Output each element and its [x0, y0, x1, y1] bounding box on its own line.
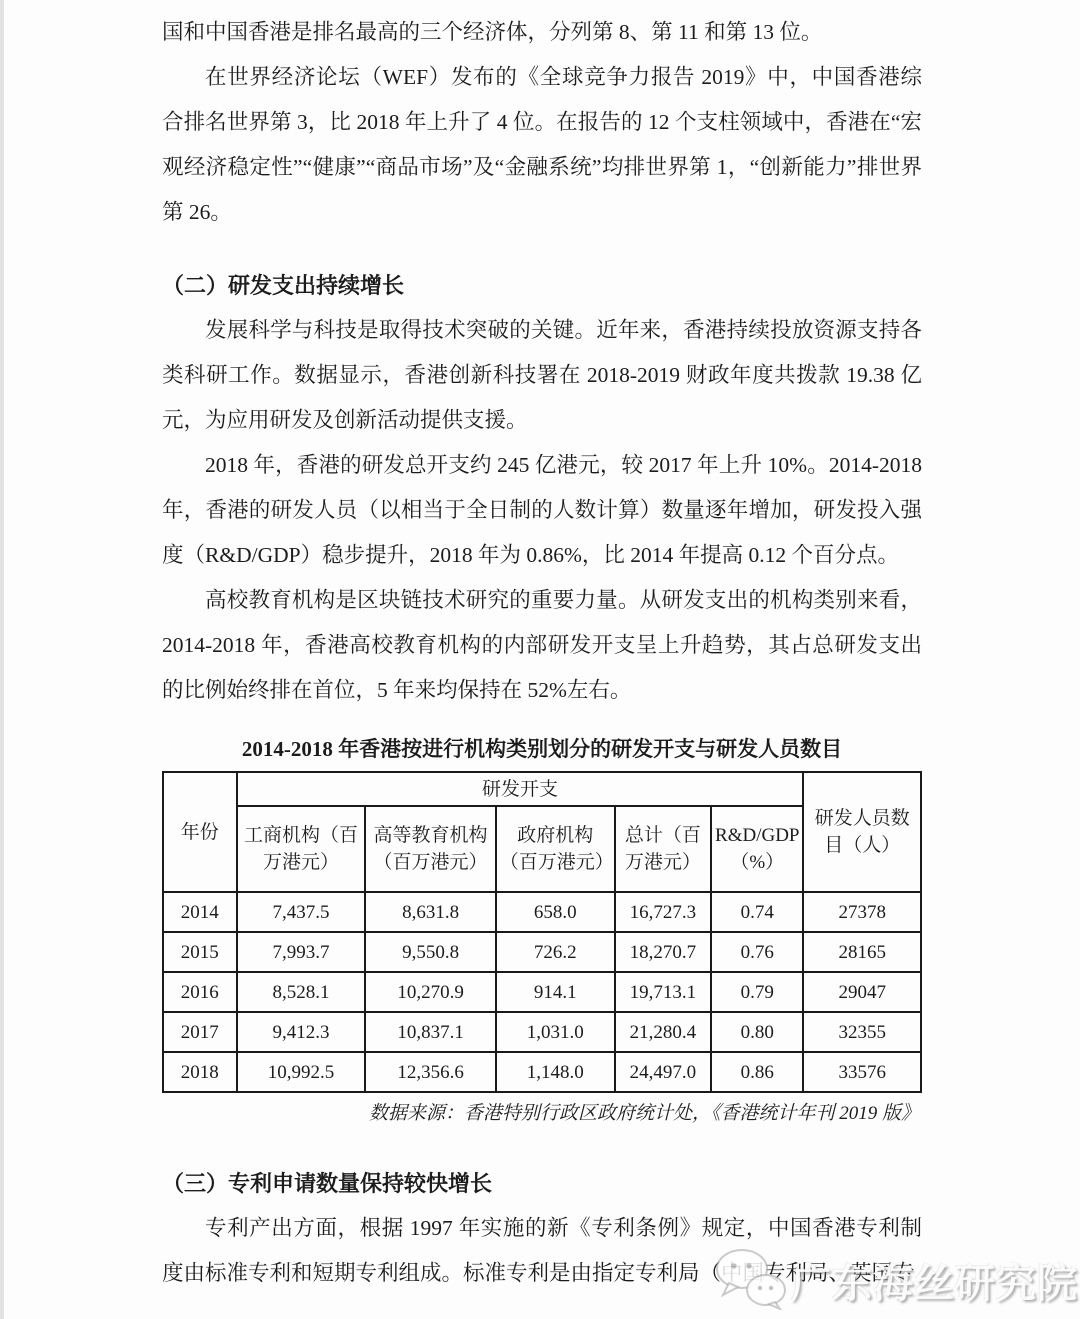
section-2-heading: （二）研发支出持续增长 [162, 263, 922, 308]
cell-personnel: 29047 [803, 972, 921, 1012]
cell-government: 914.1 [496, 972, 615, 1012]
cell-year: 2016 [163, 972, 237, 1012]
table-row: 2018 10,992.5 12,356.6 1,148.0 24,497.0 … [163, 1052, 921, 1092]
section-2-paragraph-2: 2018 年，香港的研发总开支约 245 亿港元，较 2017 年上升 10%。… [162, 443, 922, 578]
paragraph-wef: 在世界经济论坛（WEF）发布的《全球竞争力报告 2019》中，中国香港综合排名世… [162, 55, 922, 235]
cell-personnel: 27378 [803, 892, 921, 932]
cell-rd-gdp: 0.79 [711, 972, 803, 1012]
section-3-paragraph-1: 专利产出方面，根据 1997 年实施的新《专利条例》规定，中国香港专利制度由标准… [162, 1206, 922, 1296]
cell-personnel: 28165 [803, 932, 921, 972]
cell-total: 18,270.7 [615, 932, 711, 972]
table-row: 2015 7,993.7 9,550.8 726.2 18,270.7 0.76… [163, 932, 921, 972]
cell-year: 2018 [163, 1052, 237, 1092]
cell-higher-education: 10,837.1 [365, 1012, 495, 1052]
cell-total: 19,713.1 [615, 972, 711, 1012]
cell-total: 24,497.0 [615, 1052, 711, 1092]
cell-higher-education: 9,550.8 [365, 932, 495, 972]
section-3-heading: （三）专利申请数量保持较快增长 [162, 1161, 922, 1206]
cell-year: 2014 [163, 892, 237, 932]
table-row: 2017 9,412.3 10,837.1 1,031.0 21,280.4 0… [163, 1012, 921, 1052]
rd-expenditure-table: 年份 研发开支 研发人员数目（人） 工商机构（百万港元） 高等教育机构（百万港元… [162, 771, 922, 1093]
paragraph-continuation: 国和中国香港是排名最高的三个经济体，分列第 8、第 11 和第 13 位。 [162, 10, 922, 55]
table-row: 2016 8,528.1 10,270.9 914.1 19,713.1 0.7… [163, 972, 921, 1012]
table-header-government: 政府机构（百万港元） [496, 806, 615, 892]
cell-higher-education: 8,631.8 [365, 892, 495, 932]
document-page: 国和中国香港是排名最高的三个经济体，分列第 8、第 11 和第 13 位。 在世… [0, 0, 1080, 1296]
cell-business: 7,437.5 [237, 892, 366, 932]
cell-business: 9,412.3 [237, 1012, 366, 1052]
cell-government: 1,031.0 [496, 1012, 615, 1052]
cell-rd-gdp: 0.86 [711, 1052, 803, 1092]
section-2-paragraph-1: 发展科学与科技是取得技术突破的关键。近年来，香港持续投放资源支持各类科研工作。数… [162, 308, 922, 443]
cell-business: 8,528.1 [237, 972, 366, 1012]
cell-total: 21,280.4 [615, 1012, 711, 1052]
cell-government: 1,148.0 [496, 1052, 615, 1092]
table-header-total: 总计（百万港元） [615, 806, 711, 892]
table-header-higher-education: 高等教育机构（百万港元） [365, 806, 495, 892]
cell-rd-gdp: 0.74 [711, 892, 803, 932]
cell-personnel: 33576 [803, 1052, 921, 1092]
cell-higher-education: 10,270.9 [365, 972, 495, 1012]
table-title: 2014-2018 年香港按进行机构类别划分的研发开支与研发人员数目 [162, 735, 922, 763]
table-header-year: 年份 [163, 772, 237, 892]
table-source-note: 数据来源：香港特别行政区政府统计处，《香港统计年刊 2019 版》 [162, 1101, 920, 1127]
cell-business: 7,993.7 [237, 932, 366, 972]
table-header-rd-personnel: 研发人员数目（人） [803, 772, 921, 892]
cell-personnel: 32355 [803, 1012, 921, 1052]
table-header-group-rd-expenditure: 研发开支 [237, 772, 804, 806]
cell-government: 726.2 [496, 932, 615, 972]
cell-rd-gdp: 0.76 [711, 932, 803, 972]
table-header-business: 工商机构（百万港元） [237, 806, 366, 892]
cell-year: 2015 [163, 932, 237, 972]
cell-higher-education: 12,356.6 [365, 1052, 495, 1092]
cell-year: 2017 [163, 1012, 237, 1052]
cell-government: 658.0 [496, 892, 615, 932]
cell-business: 10,992.5 [237, 1052, 366, 1092]
cell-rd-gdp: 0.80 [711, 1012, 803, 1052]
table-row: 2014 7,437.5 8,631.8 658.0 16,727.3 0.74… [163, 892, 921, 932]
section-2-paragraph-3: 高校教育机构是区块链技术研究的重要力量。从研发支出的机构类别来看，2014-20… [162, 578, 922, 713]
table-header-rd-gdp: R&D/GDP（%） [711, 806, 803, 892]
cell-total: 16,727.3 [615, 892, 711, 932]
